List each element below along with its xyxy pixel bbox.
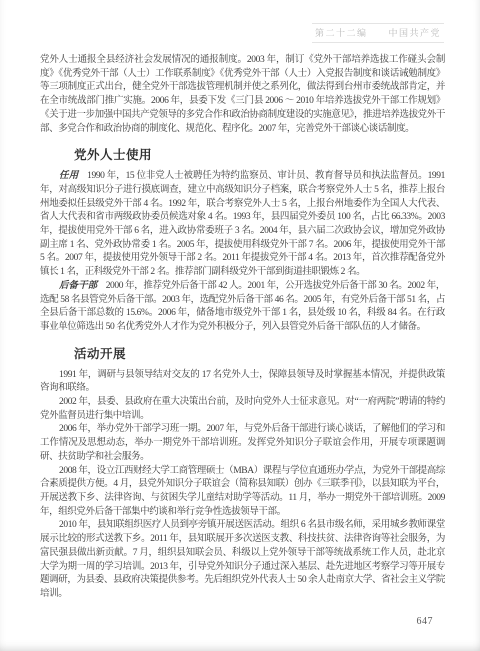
page-number: 647 — [417, 616, 434, 627]
paragraph-text-reserve-cadres: 2000 年，推荐党外后备干部 42 人。2001 年，公开选拔党外后备干部 3… — [40, 281, 445, 332]
paragraph-lead-appointment: 任用 — [59, 171, 79, 181]
section-heading-use: 党外人士使用 — [40, 145, 445, 163]
scanned-book-page: 第二十二编 中国共产党 党外人士通报全县经济社会发展情况的通报制度。2003 年… — [0, 0, 480, 651]
paragraph-reserve-cadres: 后备干部2000 年，推荐党外后备干部 42 人。2001 年，公开选拔党外后备… — [40, 280, 445, 335]
section-heading-activity: 活动开展 — [40, 344, 445, 362]
activity-paragraph-2006: 2006 年，举办党外干部学习班一期。2007 年，与党外后备干部进行谈心谈话，… — [40, 423, 445, 464]
intro-paragraph: 党外人士通报全县经济社会发展情况的通报制度。2003 年，制订《党外干部培养选拔… — [40, 54, 445, 136]
running-head: 第二十二编 中国共产党 — [312, 23, 444, 43]
paragraph-text-appointment: 1990 年，15 位非党人士被聘任为特约监察员、审计员、教育督导员和执法监督员… — [40, 171, 445, 277]
page-content: 党外人士通报全县经济社会发展情况的通报制度。2003 年，制订《党外干部培养选拔… — [40, 54, 445, 602]
activity-paragraph-2010: 2010 年，县知联组织医疗人员到亭旁镇开展送医活动。组织 6 名县市级名师，采… — [40, 519, 445, 601]
activity-paragraph-1991: 1991 年，调研与县领导结对交友的 17 名党外人士，保障县领导及时掌握基本情… — [40, 369, 445, 396]
paragraph-lead-reserve-cadres: 后备干部 — [59, 281, 97, 291]
activity-paragraph-2008: 2008 年，设立江西财经大学工商管理硕士（MBA）课程与学位直通班办学点，为党… — [40, 465, 445, 520]
paragraph-appointment: 任用1990 年，15 位非党人士被聘任为特约监察员、审计员、教育督导员和执法监… — [40, 170, 445, 280]
activity-paragraph-2002: 2002 年，县委、县政府在重大决策出台前，及时向党外人士征求意见。对“一府两院… — [40, 396, 445, 423]
